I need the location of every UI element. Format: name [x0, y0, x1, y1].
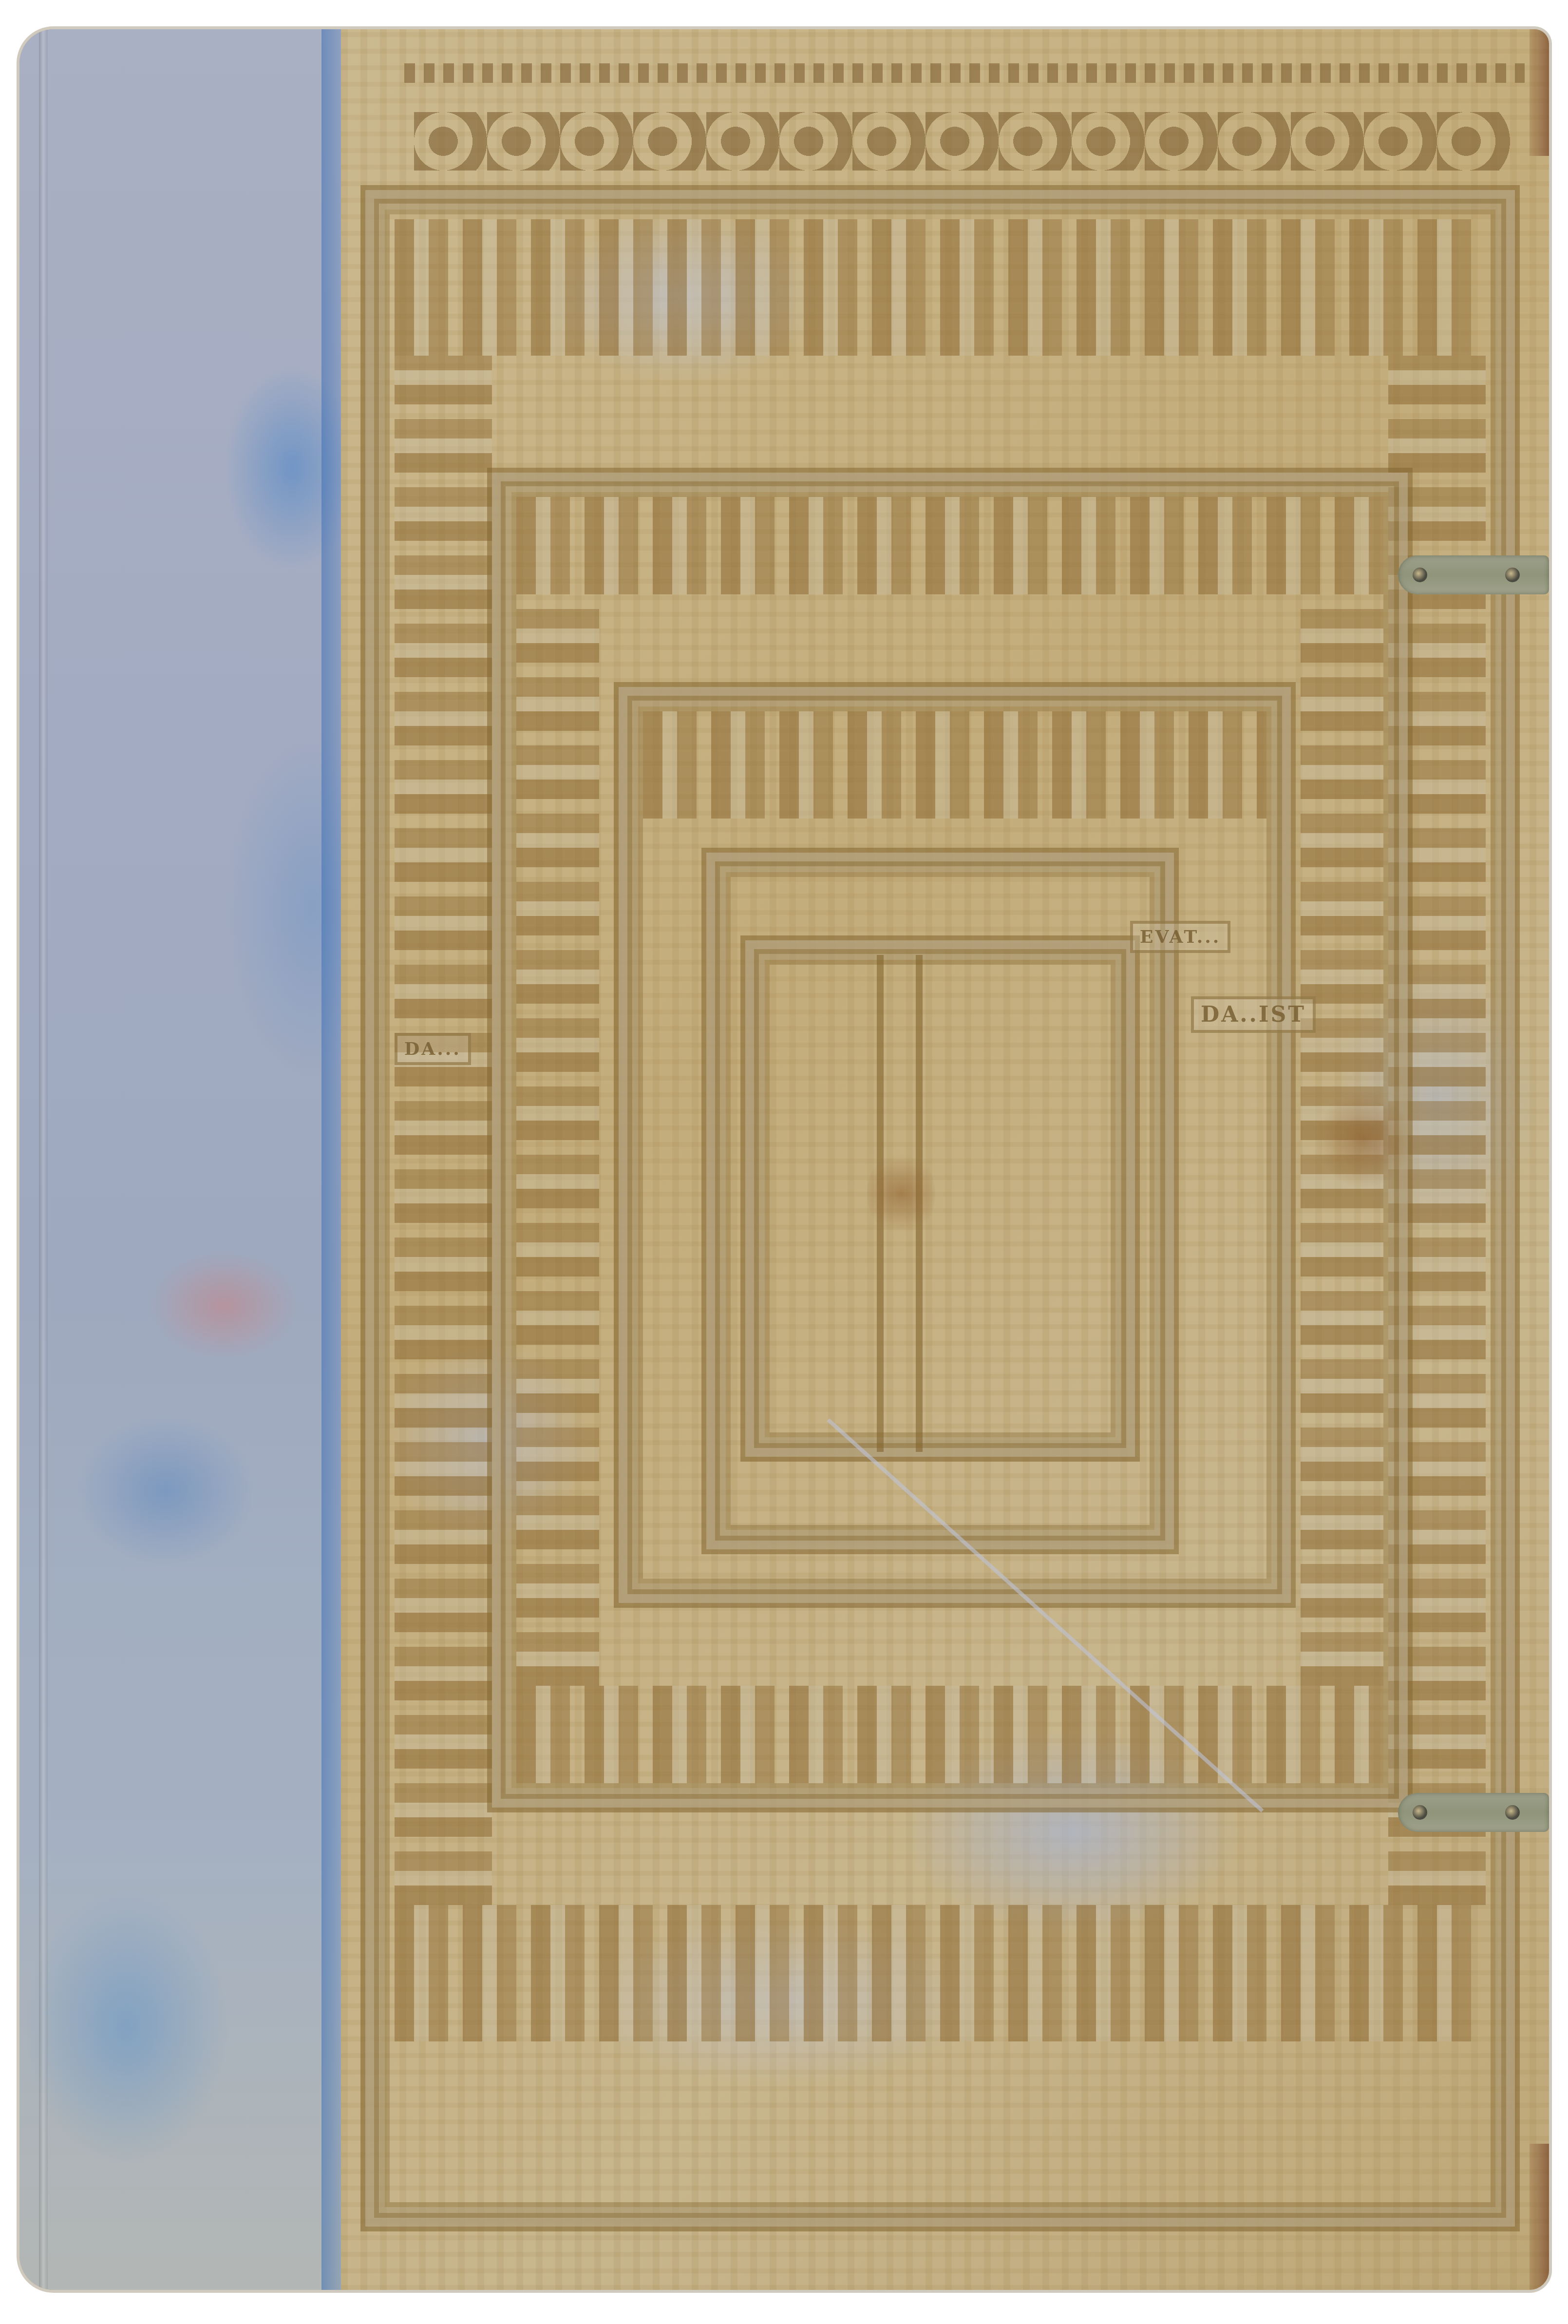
second-bottom-roll: [516, 1686, 1383, 1783]
brown-stain: [1315, 1091, 1413, 1189]
rivet-icon: [1505, 1805, 1520, 1820]
top-floral-roll: [395, 219, 1486, 356]
bottom-floral-roll: [395, 1905, 1486, 2041]
rivet-icon: [1413, 1805, 1427, 1820]
center-panel: [740, 935, 1140, 1462]
blue-paper-spine: [19, 29, 341, 2290]
second-left-roll: [516, 594, 599, 1686]
book-cover: DA..IST EVAT... DA...: [19, 29, 1549, 2290]
brown-stain: [867, 1150, 935, 1238]
second-top-roll: [516, 497, 1383, 594]
upper-clasp-plate[interactable]: [1398, 555, 1549, 594]
lower-clasp-plate[interactable]: [1398, 1793, 1549, 1832]
stamped-label-left: DA...: [395, 1033, 471, 1065]
rivet-icon: [1505, 568, 1520, 582]
stamped-label-right: DA..IST: [1191, 996, 1316, 1033]
tooled-front-board: DA..IST EVAT... DA...: [341, 29, 1549, 2290]
rivet-icon: [1413, 568, 1427, 582]
worn-corner-bottom: [1530, 2144, 1549, 2290]
stamped-label-center: EVAT...: [1130, 921, 1230, 953]
left-floral-roll: [395, 356, 492, 1905]
worn-corner-top: [1530, 29, 1549, 156]
figure-roll-top: [643, 711, 1266, 819]
top-dotted-roll: [404, 63, 1525, 83]
spine-crease: [39, 29, 48, 2290]
palmette-ornament-band: [414, 112, 1510, 171]
